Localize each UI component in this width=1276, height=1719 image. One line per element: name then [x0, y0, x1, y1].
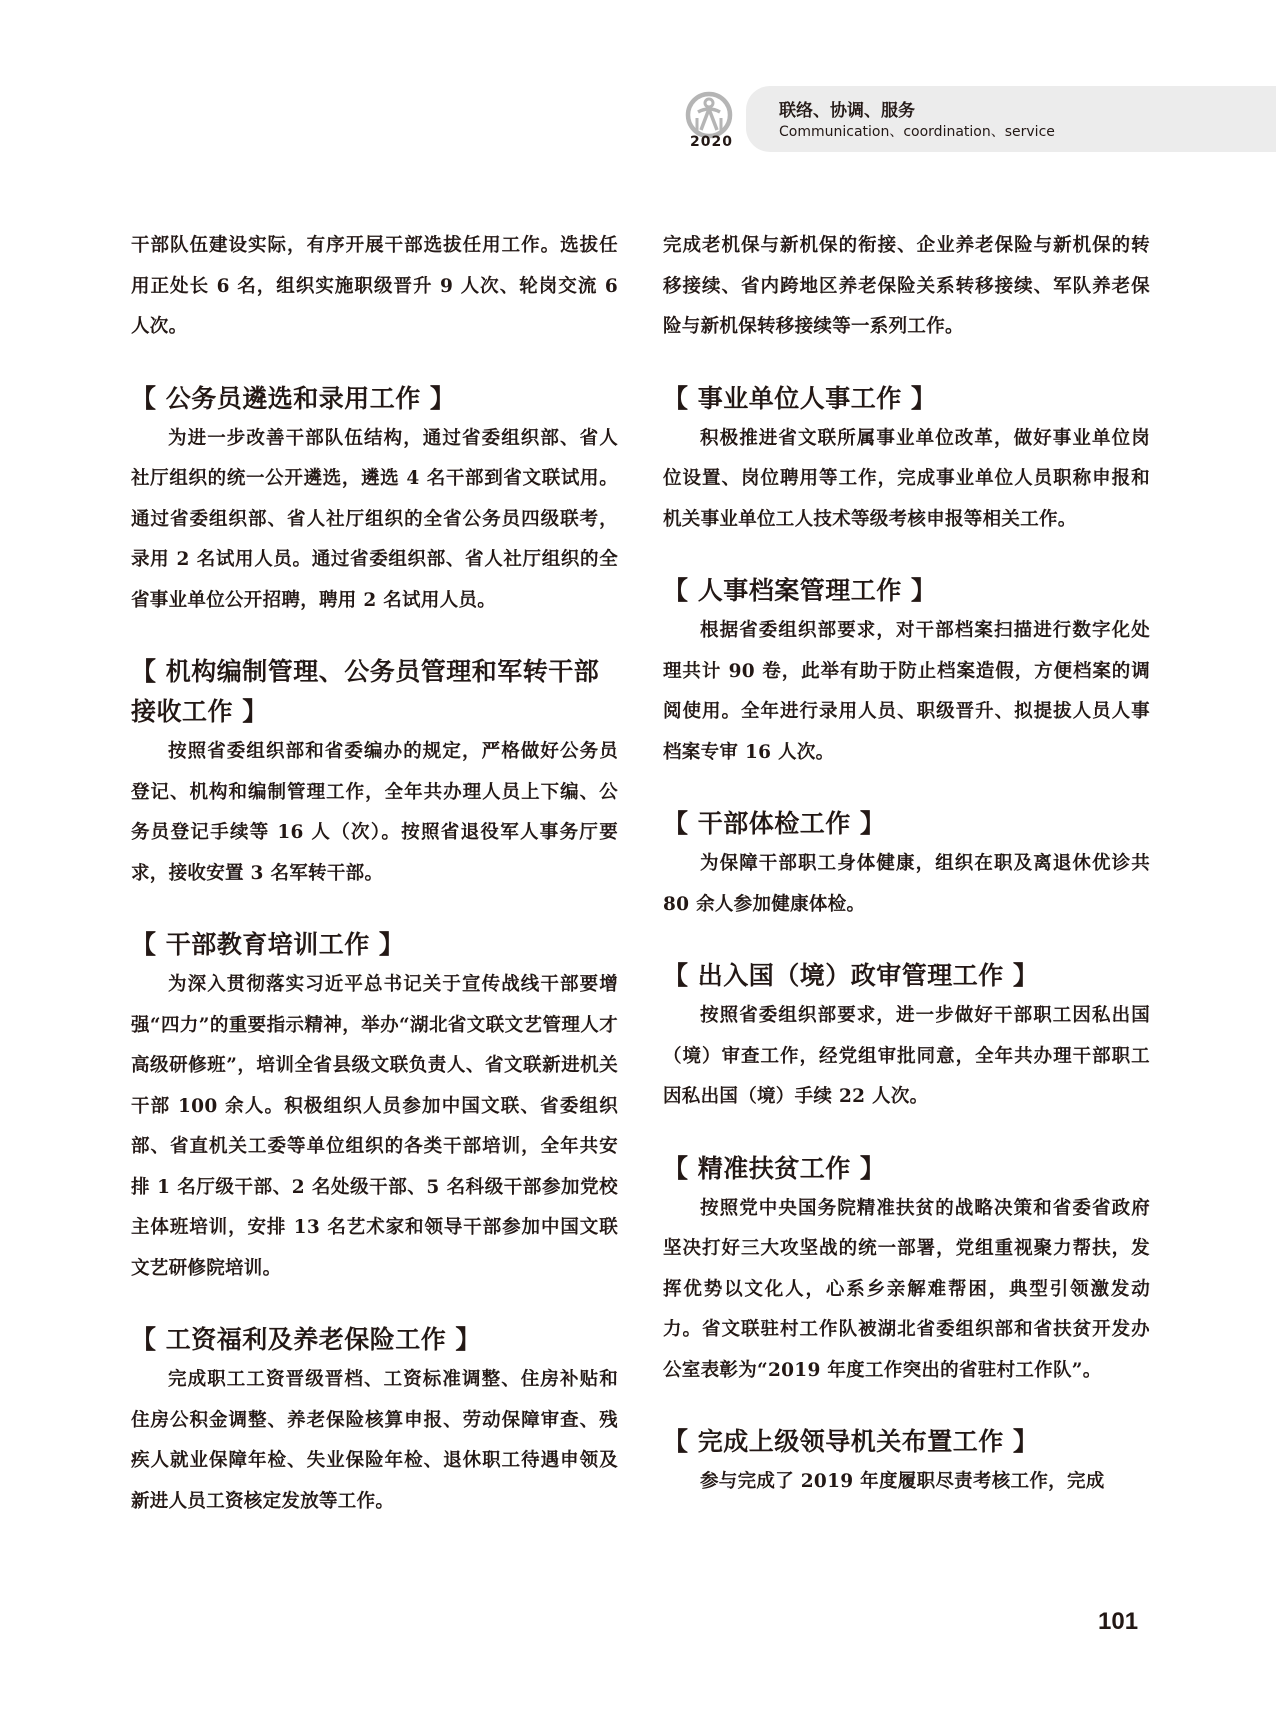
section-superior-assignments: 【 完成上级领导机关布置工作 】 参与完成了 2019 年度履职尽责考核工作，完…: [663, 1422, 1150, 1503]
left-column: 干部队伍建设实际，有序开展干部选拔任用工作。选拔任用正处长 6 名，组织实施职级…: [131, 226, 618, 1522]
page-number: 101: [1098, 1608, 1138, 1636]
section-poverty-alleviation: 【 精准扶贫工作 】 按照党中央国务院精准扶贫的战略决策和省委省政府坚决打好三大…: [663, 1149, 1150, 1392]
section-body: 完成职工工资晋级晋档、工资标准调整、住房补贴和住房公积金调整、养老保险核算申报、…: [131, 1360, 618, 1522]
section-heading: 【 机构编制管理、公务员管理和军转干部接收工作 】: [131, 652, 618, 732]
section-body: 积极推进省文联所属事业单位改革，做好事业单位岗位设置、岗位聘用等工作，完成事业单…: [663, 419, 1150, 541]
section-body: 为深入贯彻落实习近平总书记关于宣传战线干部要增强“四力”的重要指示精神，举办“湖…: [131, 965, 618, 1289]
section-salary-pension: 【 工资福利及养老保险工作 】 完成职工工资晋级晋档、工资标准调整、住房补贴和住…: [131, 1320, 618, 1522]
right-column: 完成老机保与新机保的衔接、企业养老保险与新机保的转移接续、省内跨地区养老保险关系…: [663, 226, 1150, 1503]
section-heading: 【 出入国（境）政审管理工作 】: [663, 956, 1150, 996]
section-heading: 【 精准扶贫工作 】: [663, 1149, 1150, 1189]
section-overseas-travel-review: 【 出入国（境）政审管理工作 】 按照省委组织部要求，进一步做好干部职工因私出国…: [663, 956, 1150, 1118]
section-health-check: 【 干部体检工作 】 为保障干部职工身体健康，组织在职及离退休优诊共 80 余人…: [663, 804, 1150, 925]
section-body: 为进一步改善干部队伍结构，通过省委组织部、省人社厅组织的统一公开遴选，遴选 4 …: [131, 419, 618, 622]
section-heading: 【 完成上级领导机关布置工作 】: [663, 1422, 1150, 1462]
logo-year: 2020: [690, 134, 740, 150]
section-heading: 【 事业单位人事工作 】: [663, 379, 1150, 419]
section-heading: 【 人事档案管理工作 】: [663, 571, 1150, 611]
section-body: 按照省委组织部和省委编办的规定，严格做好公务员登记、机构和编制管理工作，全年共办…: [131, 732, 618, 894]
section-personnel-archives: 【 人事档案管理工作 】 根据省委组织部要求，对干部档案扫描进行数字化处理共计 …: [663, 571, 1150, 773]
header-title: 联络、协调、服务: [779, 96, 915, 121]
section-body: 按照党中央国务院精准扶贫的战略决策和省委省政府坚决打好三大攻坚战的统一部署，党组…: [663, 1189, 1150, 1392]
continued-paragraph: 完成老机保与新机保的衔接、企业养老保险与新机保的转移接续、省内跨地区养老保险关系…: [663, 226, 1150, 348]
section-civil-servant-selection: 【 公务员遴选和录用工作 】 为进一步改善干部队伍结构，通过省委组织部、省人社厅…: [131, 379, 618, 622]
section-heading: 【 工资福利及养老保险工作 】: [131, 1320, 618, 1360]
section-heading: 【 干部体检工作 】: [663, 804, 1150, 844]
section-heading: 【 公务员遴选和录用工作 】: [131, 379, 618, 419]
section-institution-personnel: 【 事业单位人事工作 】 积极推进省文联所属事业单位改革，做好事业单位岗位设置、…: [663, 379, 1150, 541]
section-body: 根据省委组织部要求，对干部档案扫描进行数字化处理共计 90 卷，此举有助于防止档…: [663, 611, 1150, 773]
section-organization-staffing: 【 机构编制管理、公务员管理和军转干部接收工作 】 按照省委组织部和省委编办的规…: [131, 652, 618, 894]
section-body: 为保障干部职工身体健康，组织在职及离退休优诊共 80 余人参加健康体检。: [663, 844, 1150, 925]
section-heading: 【 干部教育培训工作 】: [131, 925, 618, 965]
header-subtitle: Communication、coordination、service: [779, 121, 1055, 141]
continued-paragraph: 干部队伍建设实际，有序开展干部选拔任用工作。选拔任用正处长 6 名，组织实施职级…: [131, 226, 618, 348]
section-cadre-training: 【 干部教育培训工作 】 为深入贯彻落实习近平总书记关于宣传战线干部要增强“四力…: [131, 925, 618, 1289]
section-body: 参与完成了 2019 年度履职尽责考核工作，完成: [663, 1462, 1150, 1503]
section-body: 按照省委组织部要求，进一步做好干部职工因私出国（境）审查工作，经党组审批同意，全…: [663, 996, 1150, 1118]
